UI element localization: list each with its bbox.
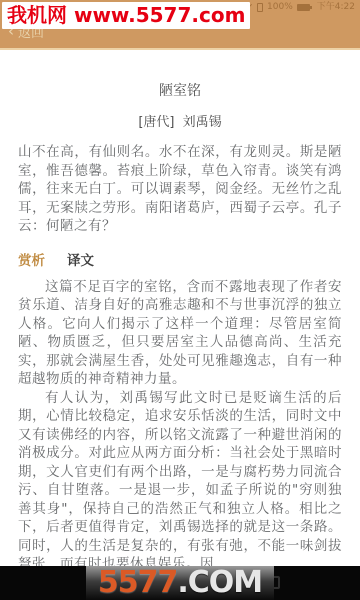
- battery-icon: [297, 4, 310, 11]
- poem-byline: [唐代] 刘禹锡: [18, 111, 342, 130]
- poem-body: 山不在高，有仙则名。水不在深，有龙则灵。斯是陋室，惟吾德馨。苔痕上阶绿，草色入帘…: [18, 143, 342, 236]
- site-watermark-bottom: 5577 .COM: [86, 566, 274, 600]
- poem-author: 刘禹锡: [183, 115, 222, 130]
- doc-icon: [257, 3, 263, 12]
- analysis-paragraph: 有人认为，刘禹锡写此文时已是贬谪生活的后期，心情比较稳定，追求安乐恬淡的生活，同…: [18, 389, 342, 574]
- status-time: 下午4:22: [317, 0, 355, 14]
- site-watermark-top: 我机网 www.5577.com: [2, 2, 250, 29]
- poem-page: 陋室铭 [唐代] 刘禹锡 山不在高，有仙则名。水不在深，有龙则灵。斯是陋室，惟吾…: [0, 80, 360, 574]
- battery-percent: 100%: [267, 0, 293, 14]
- watermark-tld: .COM: [177, 566, 262, 600]
- watermark-brand: 5577: [98, 566, 178, 600]
- tab-bar: 赏析 译文: [18, 249, 342, 269]
- analysis-section: 这篇不足百字的室铭，含而不露地表现了作者安贫乐道、洁身自好的高雅志趣和不与世事沉…: [18, 278, 342, 574]
- poem-title: 陋室铭: [18, 80, 342, 100]
- tab-appreciation[interactable]: 赏析: [18, 249, 45, 269]
- tab-translation[interactable]: 译文: [67, 249, 94, 269]
- poem-dynasty: [唐代]: [138, 115, 174, 130]
- android-nav-bar: 5577 .COM: [0, 566, 360, 600]
- analysis-paragraph: 这篇不足百字的室铭，含而不露地表现了作者安贫乐道、洁身自好的高雅志趣和不与世事沉…: [18, 278, 342, 389]
